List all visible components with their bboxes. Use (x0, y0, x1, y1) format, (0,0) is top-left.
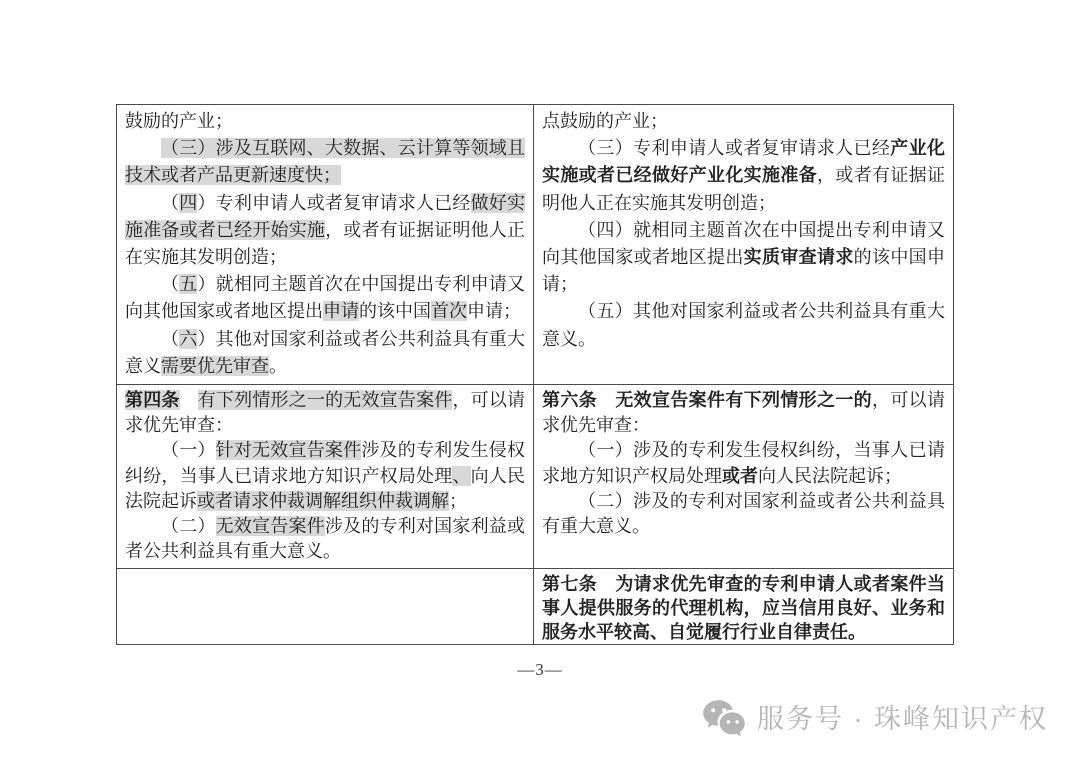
text-run: 点鼓励的产业； (542, 111, 668, 131)
highlighted-run: 、 (452, 466, 470, 486)
bold-run: 或者 (722, 466, 758, 486)
table-row: 鼓励的产业；（三）涉及互联网、大数据、云计算等领域且技术或者产品更新速度快；（四… (117, 105, 953, 385)
watermark-label: 服务号 · 珠峰知识产权 (757, 697, 1048, 736)
text-run: ）专利申请人或者复审请求人已经 (197, 193, 470, 213)
paragraph: 第七条 为请求优先审查的专利申请人或者案件当事人提供服务的代理机构，应当信用良好… (542, 572, 945, 644)
paragraph: （一）涉及的专利发生侵权纠纷，当事人已请求地方知识产权局处理或者向人民法院起诉； (542, 438, 945, 488)
watermark: 服务号 · 珠峰知识产权 (701, 696, 1048, 737)
highlighted-run: 无效宣告案件 (216, 516, 325, 536)
paragraph: （四）专利申请人或者复审请求人已经做好实施准备或者已经开始实施，或者有证据证明他… (125, 190, 525, 272)
paragraph: （一）针对无效宣告案件涉及的专利发生侵权纠纷，当事人已请求地方知识产权局处理、向… (125, 438, 525, 514)
text-run: （ (161, 329, 179, 349)
paragraph: （五）其他对国家利益或者公共利益具有重大意义。 (542, 298, 945, 352)
text-run: （二）涉及的专利对国家利益或者公共利益具有重大意义。 (542, 491, 945, 536)
text-run: （一） (161, 440, 216, 460)
paragraph: （五）就相同主题首次在中国提出专利申请又向其他国家或者地区提出申请的该中国首次申… (125, 271, 525, 325)
text-run: （五）其他对国家利益或者公共利益具有重大意义。 (542, 301, 945, 348)
text-run: 鼓励的产业； (125, 111, 233, 131)
wechat-icon (701, 696, 747, 737)
table-cell-left-row3 (117, 569, 534, 644)
table-cell-left-row1: 鼓励的产业；（三）涉及互联网、大数据、云计算等领域且技术或者产品更新速度快；（四… (117, 105, 534, 384)
page-number: —3— (0, 660, 1080, 680)
text-run: 的该中国 (359, 301, 431, 321)
paragraph: （二）无效宣告案件涉及的专利对国家利益或者公共利益具有重大意义。 (125, 514, 525, 564)
table-cell-right-row1: 点鼓励的产业；（三）专利申请人或者复审请求人已经产业化实施或者已经做好产业化实施… (534, 105, 953, 384)
highlighted-run: 或者请求仲裁调解组织仲裁调解 (197, 491, 449, 511)
table-cell-right-row3: 第七条 为请求优先审查的专利申请人或者案件当事人提供服务的代理机构，应当信用良好… (534, 569, 953, 644)
paragraph: 鼓励的产业； (125, 108, 525, 135)
text-run: （ (161, 274, 179, 294)
text-run: （二） (161, 516, 216, 536)
highlighted-run: 针对无效宣告案件 (216, 440, 362, 460)
table-row: 第七条 为请求优先审查的专利申请人或者案件当事人提供服务的代理机构，应当信用良好… (117, 569, 953, 644)
highlighted-run: （三）涉及互联网、大数据、云计算等领域且技术或者产品更新速度快； (125, 138, 525, 185)
highlighted-run: 六 (179, 329, 197, 349)
highlighted-run: 需要优先审查 (161, 356, 269, 376)
paragraph: 第六条 无效宣告案件有下列情形之一的，可以请求优先审查： (542, 388, 945, 438)
highlighted-run: 四 (179, 193, 197, 213)
text-run: 向人民法院起诉； (758, 466, 902, 486)
paragraph: （四）就相同主题首次在中国提出专利申请又向其他国家或者地区提出实质审查请求的该中… (542, 217, 945, 299)
text-run: 申请； (467, 301, 521, 321)
paragraph: （三）涉及互联网、大数据、云计算等领域且技术或者产品更新速度快； (125, 135, 525, 189)
paragraph: （二）涉及的专利对国家利益或者公共利益具有重大意义。 (542, 489, 945, 539)
highlighted-run: 申请 (323, 301, 359, 321)
table-cell-right-row2: 第六条 无效宣告案件有下列情形之一的，可以请求优先审查：（一）涉及的专利发生侵权… (534, 385, 953, 568)
paragraph: （三）专利申请人或者复审请求人已经产业化实施或者已经做好产业化实施准备，或者有证… (542, 135, 945, 217)
highlighted-run: 有下列情形之一的无效宣告案件 (198, 390, 453, 410)
paragraph: （六）其他对国家利益或者公共利益具有重大意义需要优先审查。 (125, 326, 525, 380)
highlighted-run: 五 (179, 274, 197, 294)
text-run: ； (449, 491, 467, 511)
text-run: （三）专利申请人或者复审请求人已经 (578, 138, 890, 158)
paragraph: 点鼓励的产业； (542, 108, 945, 135)
bold-run: 第七条 为请求优先审查的专利申请人或者案件当事人提供服务的代理机构，应当信用良好… (542, 574, 945, 642)
text-run: 。 (269, 356, 287, 376)
bold-run: 实质审查请求 (744, 247, 854, 267)
text-run (180, 390, 198, 410)
text-run: （ (161, 193, 179, 213)
table-cell-left-row2: 第四条 有下列情形之一的无效宣告案件，可以请求优先审查：（一）针对无效宣告案件涉… (117, 385, 534, 568)
highlighted-run: 第四条 (125, 390, 180, 410)
table-row: 第四条 有下列情形之一的无效宣告案件，可以请求优先审查：（一）针对无效宣告案件涉… (117, 385, 953, 569)
comparison-table: 鼓励的产业；（三）涉及互联网、大数据、云计算等领域且技术或者产品更新速度快；（四… (116, 104, 954, 645)
bold-run: 第六条 无效宣告案件有下列情形之一的 (542, 390, 872, 410)
paragraph: 第四条 有下列情形之一的无效宣告案件，可以请求优先审查： (125, 388, 525, 438)
highlighted-run: 首次 (431, 301, 467, 321)
